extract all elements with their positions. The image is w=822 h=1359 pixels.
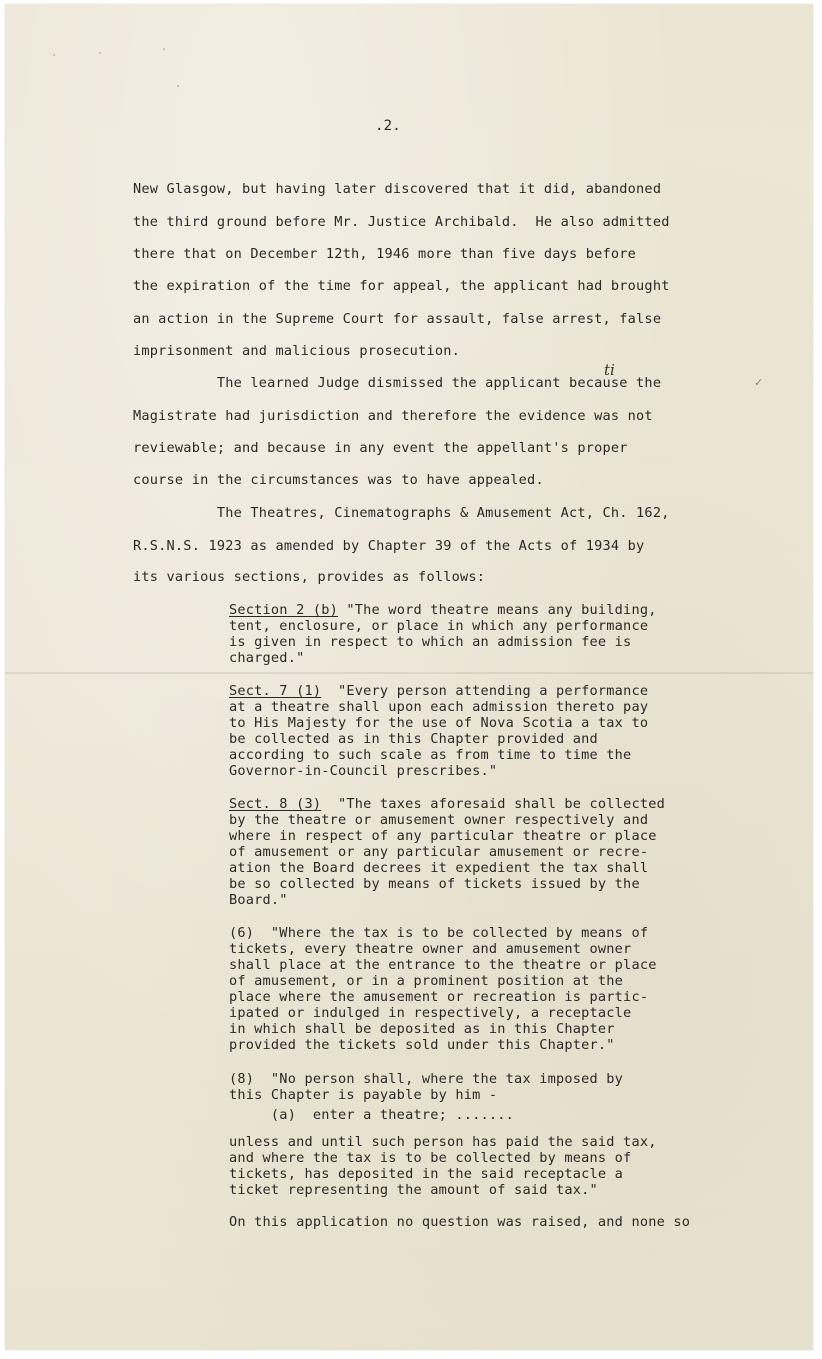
- text-line: tent, enclosure, or place in which any p…: [229, 618, 648, 634]
- text-line: by the theatre or amusement owner respec…: [229, 812, 648, 828]
- text-line: New Glasgow, but having later discovered…: [133, 181, 661, 197]
- paper-speck: [177, 85, 179, 87]
- text-line: be so collected by means of tickets issu…: [229, 876, 640, 892]
- text-line: The Theatres, Cinematographs & Amusement…: [133, 505, 670, 521]
- text-line: provided the tickets sold under this Cha…: [229, 1037, 615, 1053]
- text-line: ticket representing the amount of said t…: [229, 1182, 598, 1198]
- paper-speck: [163, 48, 165, 50]
- text-line: (6) "Where the tax is to be collected by…: [229, 925, 648, 941]
- text-line: at a theatre shall upon each admission t…: [229, 699, 648, 715]
- text-line: in which shall be deposited as in this C…: [229, 1021, 615, 1037]
- text-line: Magistrate had jurisdiction and therefor…: [133, 408, 653, 424]
- text-line: shall place at the entrance to the theat…: [229, 957, 657, 973]
- text-line: R.S.N.S. 1923 as amended by Chapter 39 o…: [133, 538, 644, 554]
- section-label: Sect. 8 (3): [229, 796, 321, 812]
- text-line: unless and until such person has paid th…: [229, 1134, 657, 1150]
- page-number: .2.: [375, 118, 401, 134]
- text-line: is given in respect to which an admissio…: [229, 634, 631, 650]
- text-line: The learned Judge dismissed the applican…: [133, 375, 661, 391]
- text-line: Section 2 (b) "The word theatre means an…: [229, 602, 657, 618]
- paper-fold-line: [5, 672, 813, 674]
- text-line: Board.": [229, 892, 288, 908]
- handwritten-correction: ti: [604, 361, 615, 379]
- text-line: be collected as in this Chapter provided…: [229, 731, 598, 747]
- text-line: the third ground before Mr. Justice Arch…: [133, 214, 670, 230]
- text-line: and where the tax is to be collected by …: [229, 1150, 631, 1166]
- text-line: Sect. 8 (3) "The taxes aforesaid shall b…: [229, 796, 665, 812]
- text-line: an action in the Supreme Court for assau…: [133, 311, 661, 327]
- text-line: there that on December 12th, 1946 more t…: [133, 246, 636, 262]
- text-line: according to such scale as from time to …: [229, 747, 631, 763]
- section-label: Section 2 (b): [229, 602, 338, 618]
- text-line: ation the Board decrees it expedient the…: [229, 860, 648, 876]
- text-line: where in respect of any particular theat…: [229, 828, 657, 844]
- text-line: of amusement, or in a prominent position…: [229, 973, 623, 989]
- text-line: the expiration of the time for appeal, t…: [133, 278, 670, 294]
- text-line: of amusement or any particular amusement…: [229, 844, 648, 860]
- text-line: course in the circumstances was to have …: [133, 472, 544, 488]
- text-line: charged.": [229, 650, 304, 666]
- text-line: (a) enter a theatre; .......: [229, 1107, 514, 1123]
- text-line: tickets, every theatre owner and amuseme…: [229, 941, 631, 957]
- text-line: this Chapter is payable by him -: [229, 1087, 497, 1103]
- text-line: Governor-in-Council prescribes.": [229, 763, 497, 779]
- text-line: imprisonment and malicious prosecution.: [133, 343, 460, 359]
- text-line: to His Majesty for the use of Nova Scoti…: [229, 715, 648, 731]
- paper-speck: [99, 52, 101, 54]
- text-line: its various sections, provides as follow…: [133, 569, 485, 585]
- text-line: tickets, has deposited in the said recep…: [229, 1166, 623, 1182]
- text-line: (8) "No person shall, where the tax impo…: [229, 1071, 623, 1087]
- section-label: Sect. 7 (1): [229, 683, 321, 699]
- text-line: place where the amusement or recreation …: [229, 989, 648, 1005]
- closing-line: On this application no question was rais…: [229, 1214, 690, 1230]
- text-line: Sect. 7 (1) "Every person attending a pe…: [229, 683, 648, 699]
- text-line: ipated or indulged in respectively, a re…: [229, 1005, 631, 1021]
- margin-check-mark-icon: ✓: [754, 376, 763, 389]
- text-line: reviewable; and because in any event the…: [133, 440, 628, 456]
- paper-speck: [53, 54, 55, 56]
